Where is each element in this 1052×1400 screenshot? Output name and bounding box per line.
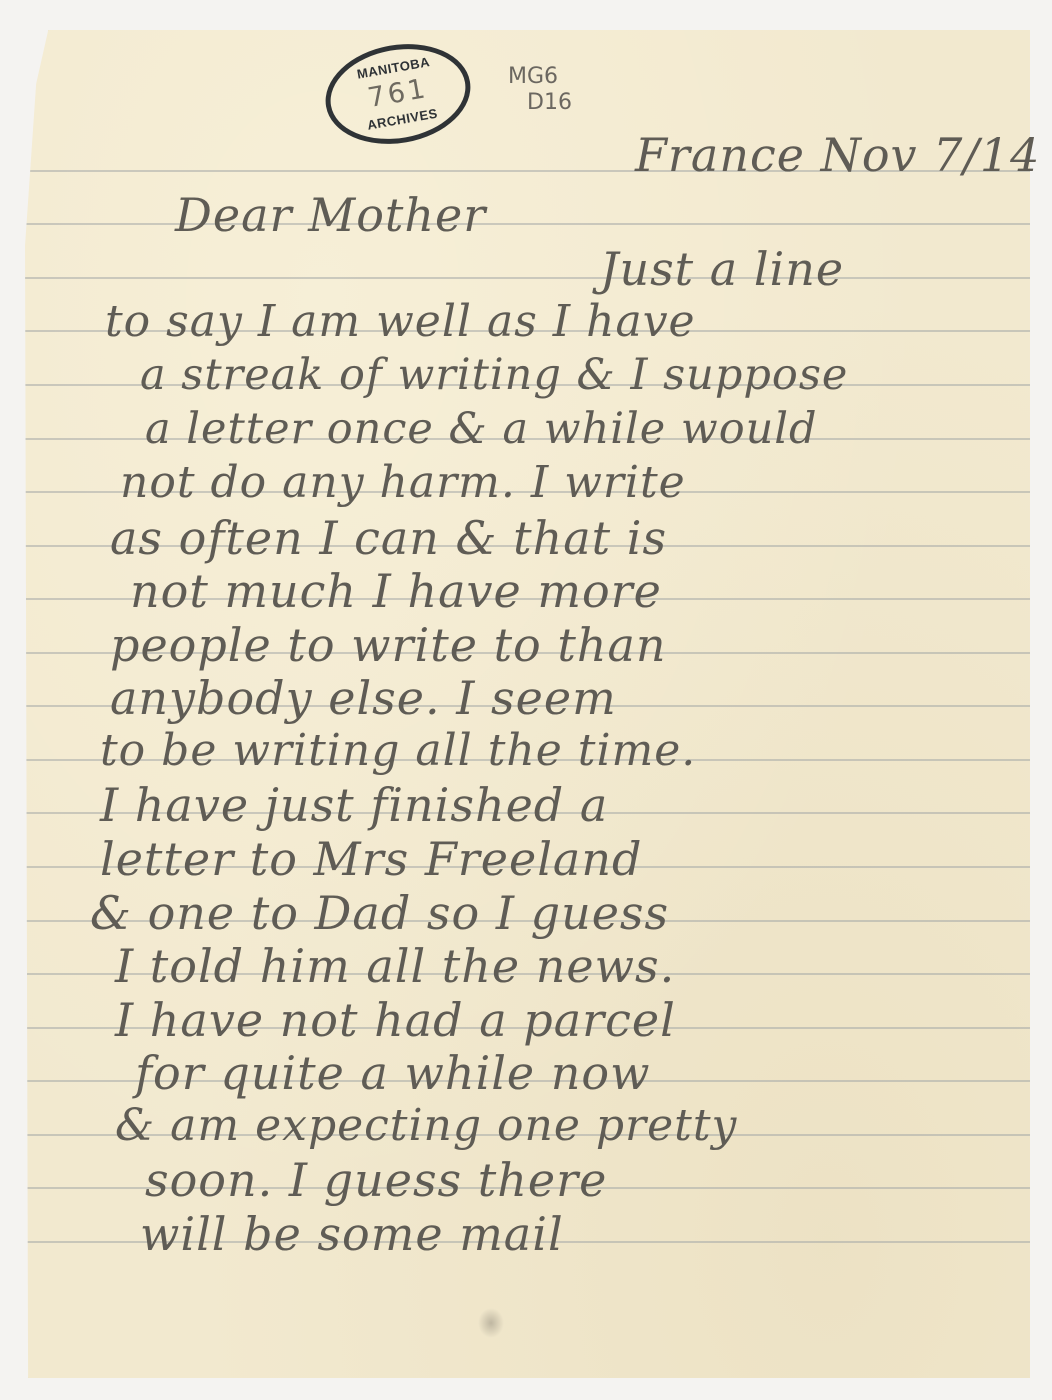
letter-line: not much I have more (130, 568, 662, 614)
letter-line: to be writing all the time. (100, 729, 696, 773)
letter-line: Just a line (600, 246, 844, 292)
reference-note-line1: MG6 (508, 66, 558, 88)
letter-line: to say I am well as I have (105, 300, 696, 344)
letter-line: I told him all the news. (115, 943, 675, 989)
letter-line: for quite a while now (135, 1050, 650, 1096)
letter-line: as often I can & that is (110, 515, 667, 561)
salutation: Dear Mother (175, 192, 486, 238)
letter-line: I have not had a parcel (115, 997, 676, 1043)
letter-line: & one to Dad so I guess (90, 890, 669, 936)
dateline: France Nov 7/14 (635, 132, 1040, 178)
letter-line: people to write to than (110, 622, 667, 668)
letter-line: I have just finished a (100, 782, 608, 828)
letter-line: soon. I guess there (145, 1157, 607, 1203)
letter-line: a streak of writing & I suppose (140, 354, 848, 397)
letter-line: anybody else. I seem (110, 675, 617, 721)
letter-line: will be some mail (140, 1211, 564, 1257)
letter-line: & am expecting one pretty (115, 1104, 737, 1148)
ruled-line (20, 223, 1030, 225)
letter-line: not do any harm. I write (120, 461, 686, 505)
reference-note-line2: D16 (527, 92, 572, 114)
ink-smudge (478, 1308, 504, 1338)
letter-line: a letter once & a while would (145, 408, 818, 451)
ruled-line (20, 277, 1030, 279)
letter-line: letter to Mrs Freeland (100, 836, 642, 882)
